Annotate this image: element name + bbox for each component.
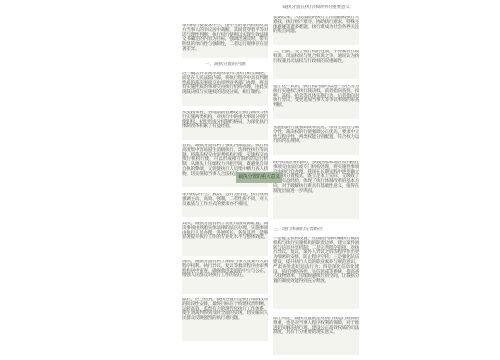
right-text-column: 裁执分置在执行体制中的重要意义 长期以来，人民法院的执行工作面临被执行人难找、执… [273, 5, 359, 355]
paragraph: 其次，裁执分置有利于优化司法资源配置。裁决事项由熟悉实体法律的法官办理，实施事项… [182, 222, 268, 256]
paragraph: 二、目前，关于执行权的性质，学界素有行政权说、司法权说与复合权说之争，通说认为执… [273, 50, 359, 79]
paragraph: 审判权行使要求中立，由中立的审判机构对双方当事人的争议居中裁断，其间贯穿着平等对… [182, 24, 268, 58]
section-heading: 三、现行体制的完善路径 [273, 227, 359, 232]
paragraph: 最后，应当看到，裁执分置只是执行体制改革的阶段性安排，最终目标在于构建权责明晰、… [182, 298, 268, 341]
column-heading: 裁执分置在执行体制中的重要意义 [273, 5, 359, 10]
paragraph: 一是健全机构设置，在法院内部明确执行裁决机构与执行实施机构的职责边界，建立案件流… [273, 237, 359, 309]
paragraph: 从实践来看，各地法院普遍设立执行裁决与执行实施两类机构，对执行中的重大事项分别行… [182, 111, 268, 140]
paragraph: 综上所述，裁执分置既是对执行权运行规律的尊重，也是对当事人程序权利的保障，对于推… [273, 317, 359, 355]
paragraph: 审判权以中立、被动、公开为特征，执行权则强调主动、高效、强制，二者性质不同，对人… [182, 193, 268, 217]
paragraph: 实施权的行使强调效率优先，带有主动性与命令性；裁决权的行使强调公正优先，要求中立… [273, 126, 359, 155]
paragraph: 长期以来，人民法院的执行工作面临被执行人难找、执行财产难寻、协助执行难求、特殊主… [273, 16, 359, 45]
paragraph: 这一概念并非简单地将审判与执行相互隔绝，而是在人民法院内部，将执行程序中具有判断… [182, 72, 268, 106]
section-heading: 一、裁执分置的内涵 [182, 62, 268, 67]
category-tag-link[interactable]: 裁执分置的重大意义 [236, 172, 282, 183]
paragraph: 域外经验同样表明，多数国家和地区将判断性事项交由法官或专门机构处理，将实施性事项… [273, 161, 359, 219]
paragraph: 基于这一认识，执行权内部可以进一步区分为执行实施权与执行裁决权。前者指向查封、扣… [273, 85, 359, 119]
article-page: 审判权行使要求中立，由中立的审判机构对双方当事人的争议居中裁断，其间贯穿着平等对… [0, 0, 500, 360]
paragraph: 再次，裁执分置有利于保障当事人及案外人的程序权利。执行异议、复议等救济程序由审判… [182, 260, 268, 294]
